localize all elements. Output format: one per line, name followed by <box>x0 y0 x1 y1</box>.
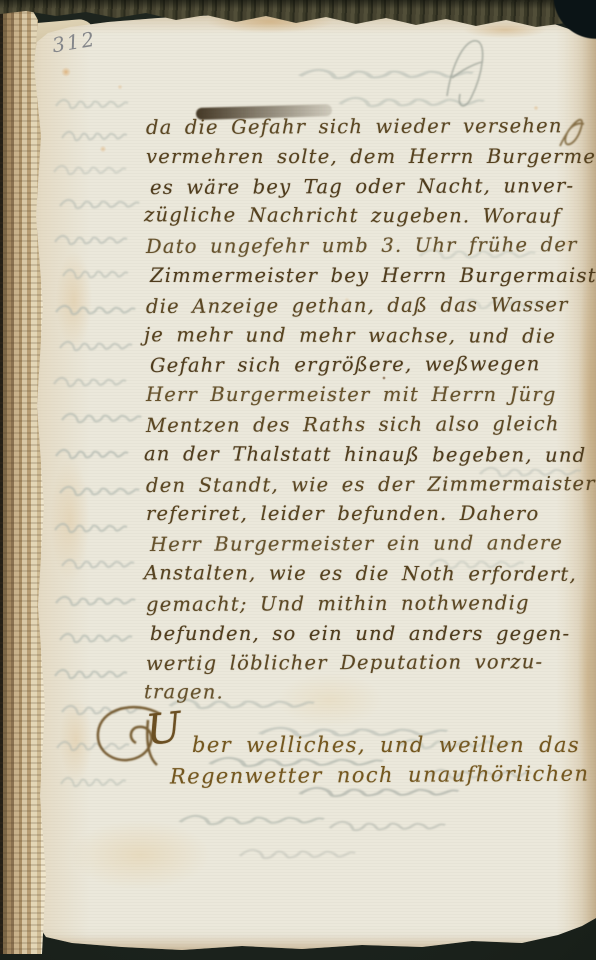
manuscript-line: befunden, so ein und anders gegen- <box>150 619 582 649</box>
manuscript-line: Zimmermeister bey Herrn Burgermaist <box>150 261 582 291</box>
initial-letter: U <box>144 702 184 754</box>
manuscript-line: je mehr und mehr wachse, und die <box>144 320 582 351</box>
manuscript-page: 312 da die Gefahr sich wieder versehen v… <box>0 0 596 960</box>
manuscript-line: Herr Burgermeister mit Herrn Jürg <box>146 380 582 410</box>
manuscript-line: vermehren solte, dem Herrn Burgermeist <box>146 142 582 172</box>
manuscript-line: es wäre bey Tag oder Nacht, unver- <box>150 171 582 203</box>
manuscript-text-block: da die Gefahr sich wieder versehen verme… <box>146 112 582 708</box>
book-binding-edge <box>0 6 46 956</box>
manuscript-line: referiret, leider befunden. Dahero <box>146 499 582 529</box>
background-corner-shadow <box>544 0 596 46</box>
manuscript-line: da die Gefahr sich wieder versehen <box>146 111 582 143</box>
manuscript-line: Herr Burgermeister ein und andere <box>150 528 582 560</box>
manuscript-line: wertig löblicher Deputation vorzu- <box>146 647 582 679</box>
manuscript-line: an der Thalstatt hinauß begeben, und <box>144 439 582 470</box>
manuscript-line: den Standt, wie es der Zimmermaister <box>146 469 582 501</box>
manuscript-line: Anstalten, wie es die Noth erfordert, <box>144 558 582 589</box>
manuscript-line: gemacht; Und mithin nothwendig <box>146 588 582 620</box>
manuscript-photo: 312 da die Gefahr sich wieder versehen v… <box>0 0 596 960</box>
manuscript-line: zügliche Nachricht zugeben. Worauf <box>144 201 582 232</box>
closing-paragraph: U ber welliches, und weillen das Regenwe… <box>112 730 582 790</box>
manuscript-line: Dato ungefehr umb 3. Uhr frühe der <box>146 230 582 262</box>
manuscript-line: tragen. <box>144 677 582 708</box>
manuscript-line: die Anzeige gethan, daß das Wasser <box>146 290 582 322</box>
manuscript-line: Mentzen des Raths sich also gleich <box>146 409 582 441</box>
manuscript-line: Gefahr sich ergrößere, weßwegen <box>150 349 582 381</box>
manuscript-line: Regenwetter noch unaufhörlichen <box>170 759 582 792</box>
